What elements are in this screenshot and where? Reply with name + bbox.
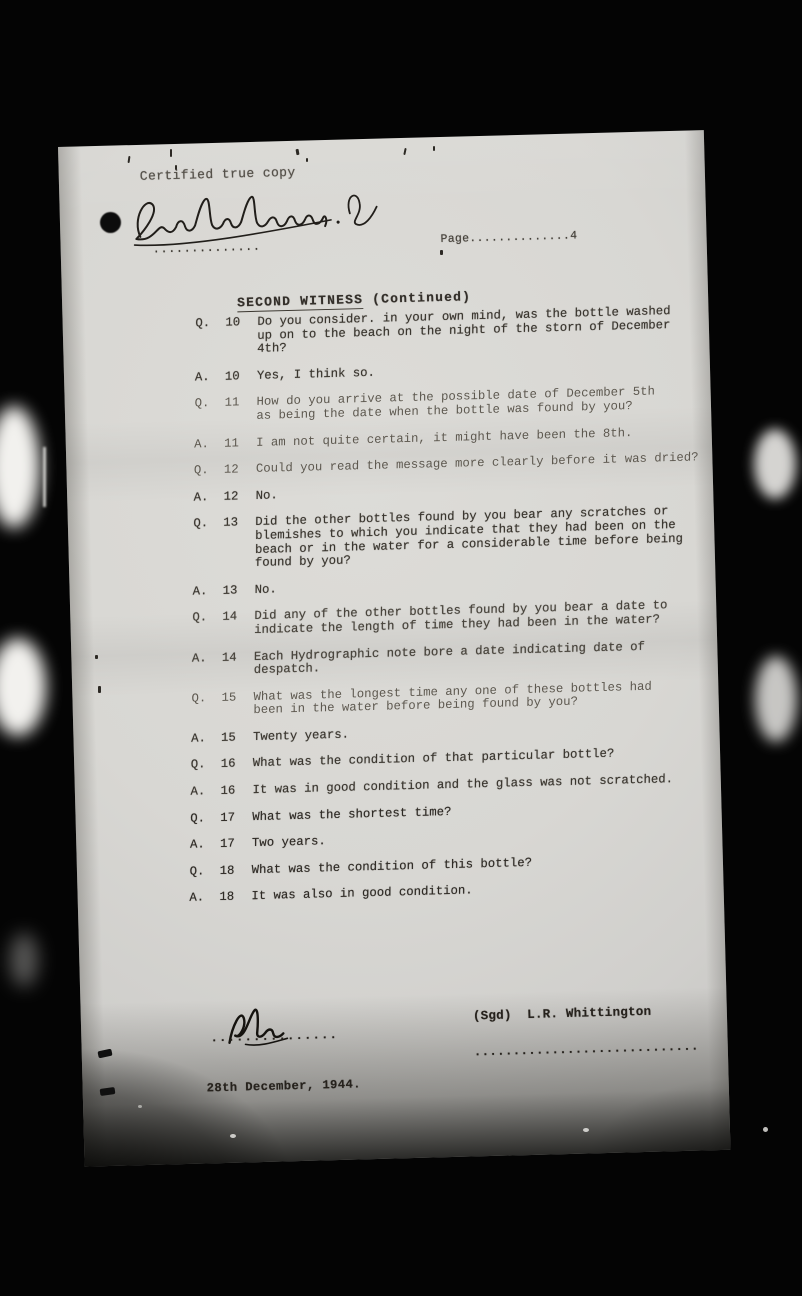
qa-num: 16 xyxy=(221,758,253,772)
qa-label: A. xyxy=(193,585,223,599)
date-label: 28th December, 1944. xyxy=(207,1077,362,1095)
qa-text: Twenty years. xyxy=(253,719,711,745)
qa-row: Q.16What was the condition of that parti… xyxy=(191,746,711,773)
film-scratch-artifact xyxy=(43,447,46,507)
ink-speck xyxy=(95,655,98,659)
qa-text: Did the other bottles found by you bear … xyxy=(255,504,713,570)
qa-row: A.13No. xyxy=(193,572,713,599)
qa-label: Q. xyxy=(193,517,224,572)
qa-label: Q. xyxy=(192,611,222,639)
film-glare-artifact xyxy=(0,638,46,736)
qa-label: A. xyxy=(192,651,222,679)
qa-row: Q.12Could you read the message more clea… xyxy=(194,451,714,478)
qa-num: 14 xyxy=(222,651,254,679)
qa-list: Q.10Do you consider. in your own mind, w… xyxy=(189,304,715,919)
section-heading-suffix: (Continued) xyxy=(363,289,471,307)
witness-signature-block: (Sgd) L.R. Whittington .................… xyxy=(472,976,700,1088)
qa-num: 17 xyxy=(220,811,252,825)
qa-row: Q.17What was the shortest time? xyxy=(190,799,710,826)
ink-speck xyxy=(433,146,435,151)
qa-num: 17 xyxy=(220,837,252,851)
page-number-label: Page..............4 xyxy=(440,229,577,246)
qa-num: 14 xyxy=(222,610,254,638)
qa-num: 10 xyxy=(225,370,257,384)
qa-label: A. xyxy=(190,838,220,852)
dust-fleck xyxy=(138,1105,142,1108)
qa-label: Q. xyxy=(190,812,220,826)
qa-text: Each Hydrographic note bore a date indic… xyxy=(254,639,712,678)
qa-row: A.15Twenty years. xyxy=(191,719,711,746)
qa-text: What was the longest time any one of the… xyxy=(253,679,711,718)
ink-speck xyxy=(170,149,172,157)
ink-speck xyxy=(306,158,308,162)
ink-speck xyxy=(175,165,177,170)
qa-row: Q.11How do you arrive at the possible da… xyxy=(194,384,714,425)
qa-num: 13 xyxy=(223,516,256,571)
qa-num: 10 xyxy=(225,316,257,358)
qa-num: 11 xyxy=(224,396,256,424)
qa-label: Q. xyxy=(190,865,220,879)
sgd-name-label: (Sgd) L.R. Whittington xyxy=(473,1004,698,1024)
film-glare-artifact xyxy=(10,933,38,987)
qa-row: A.12No. xyxy=(194,478,714,505)
ink-speck xyxy=(440,250,443,255)
sgd-dotted-line: ............................. xyxy=(474,1040,699,1060)
qa-text: What was the shortest time? xyxy=(252,799,710,825)
qa-text: I am not quite certain, it might have be… xyxy=(256,424,714,450)
qa-text: How do you arrive at the possible date o… xyxy=(256,384,714,423)
qa-text: It was in good condition and the glass w… xyxy=(252,772,710,798)
qa-num: 13 xyxy=(223,584,255,598)
document-page: Certified true copy .............. Page.… xyxy=(58,130,730,1167)
qa-num: 18 xyxy=(220,864,252,878)
qa-num: 15 xyxy=(221,731,253,745)
qa-text: Two years. xyxy=(252,825,710,851)
qa-label: A. xyxy=(194,437,224,451)
dust-fleck xyxy=(583,1128,589,1132)
dust-fleck xyxy=(230,1134,236,1138)
section-heading-title: SECOND WITNESS xyxy=(237,292,363,312)
qa-text: Could you read the message more clearly … xyxy=(256,451,714,477)
qa-label: A. xyxy=(189,891,219,905)
qa-label: A. xyxy=(191,732,221,746)
qa-label: A. xyxy=(194,491,224,505)
qa-row: Q.18What was the condition of this bottl… xyxy=(190,852,710,879)
qa-num: 16 xyxy=(220,784,252,798)
qa-row: Q.15What was the longest time any one of… xyxy=(191,679,711,720)
film-glare-artifact xyxy=(755,656,797,742)
qa-num: 12 xyxy=(224,463,256,477)
qa-row: A.17Two years. xyxy=(190,825,710,852)
qa-num: 18 xyxy=(219,891,251,905)
microfilm-frame: Certified true copy .............. Page.… xyxy=(0,0,802,1296)
qa-text: It was also in good condition. xyxy=(251,879,709,905)
qa-text: Did any of the other bottles found by yo… xyxy=(254,598,712,637)
qa-text: No. xyxy=(256,478,714,504)
qa-text: No. xyxy=(255,572,713,598)
qa-label: A. xyxy=(190,785,220,799)
qa-num: 12 xyxy=(224,490,256,504)
qa-row: A.16It was in good condition and the gla… xyxy=(190,772,710,799)
qa-label: Q. xyxy=(191,692,221,720)
qa-num: 15 xyxy=(221,691,253,719)
qa-label: A. xyxy=(195,370,225,384)
initials-dotted-line: ............... xyxy=(210,1028,338,1045)
signature-dotted-line: .............. xyxy=(153,240,261,257)
qa-row: A.10Yes, I think so. xyxy=(195,358,715,385)
qa-row: Q.14Did any of the other bottles found b… xyxy=(192,598,712,639)
qa-num: 11 xyxy=(224,436,256,450)
qa-text: What was the condition of this bottle? xyxy=(252,852,710,878)
qa-label: Q. xyxy=(194,464,224,478)
qa-label: Q. xyxy=(195,317,225,359)
qa-text: What was the condition of that particula… xyxy=(253,746,711,772)
dust-fleck xyxy=(763,1127,768,1132)
qa-label: Q. xyxy=(194,397,224,425)
qa-label: Q. xyxy=(191,758,221,772)
ink-blot-mark xyxy=(100,212,121,233)
film-glare-artifact xyxy=(0,406,40,528)
qa-row: A.11I am not quite certain, it might hav… xyxy=(194,424,714,451)
qa-row: A.14Each Hydrographic note bore a date i… xyxy=(192,639,712,680)
film-glare-artifact xyxy=(754,429,796,499)
qa-text: Yes, I think so. xyxy=(257,358,715,384)
qa-row: A.18It was also in good condition. xyxy=(189,879,709,906)
qa-row: Q.13Did the other bottles found by you b… xyxy=(193,504,713,572)
ink-speck xyxy=(98,686,101,693)
